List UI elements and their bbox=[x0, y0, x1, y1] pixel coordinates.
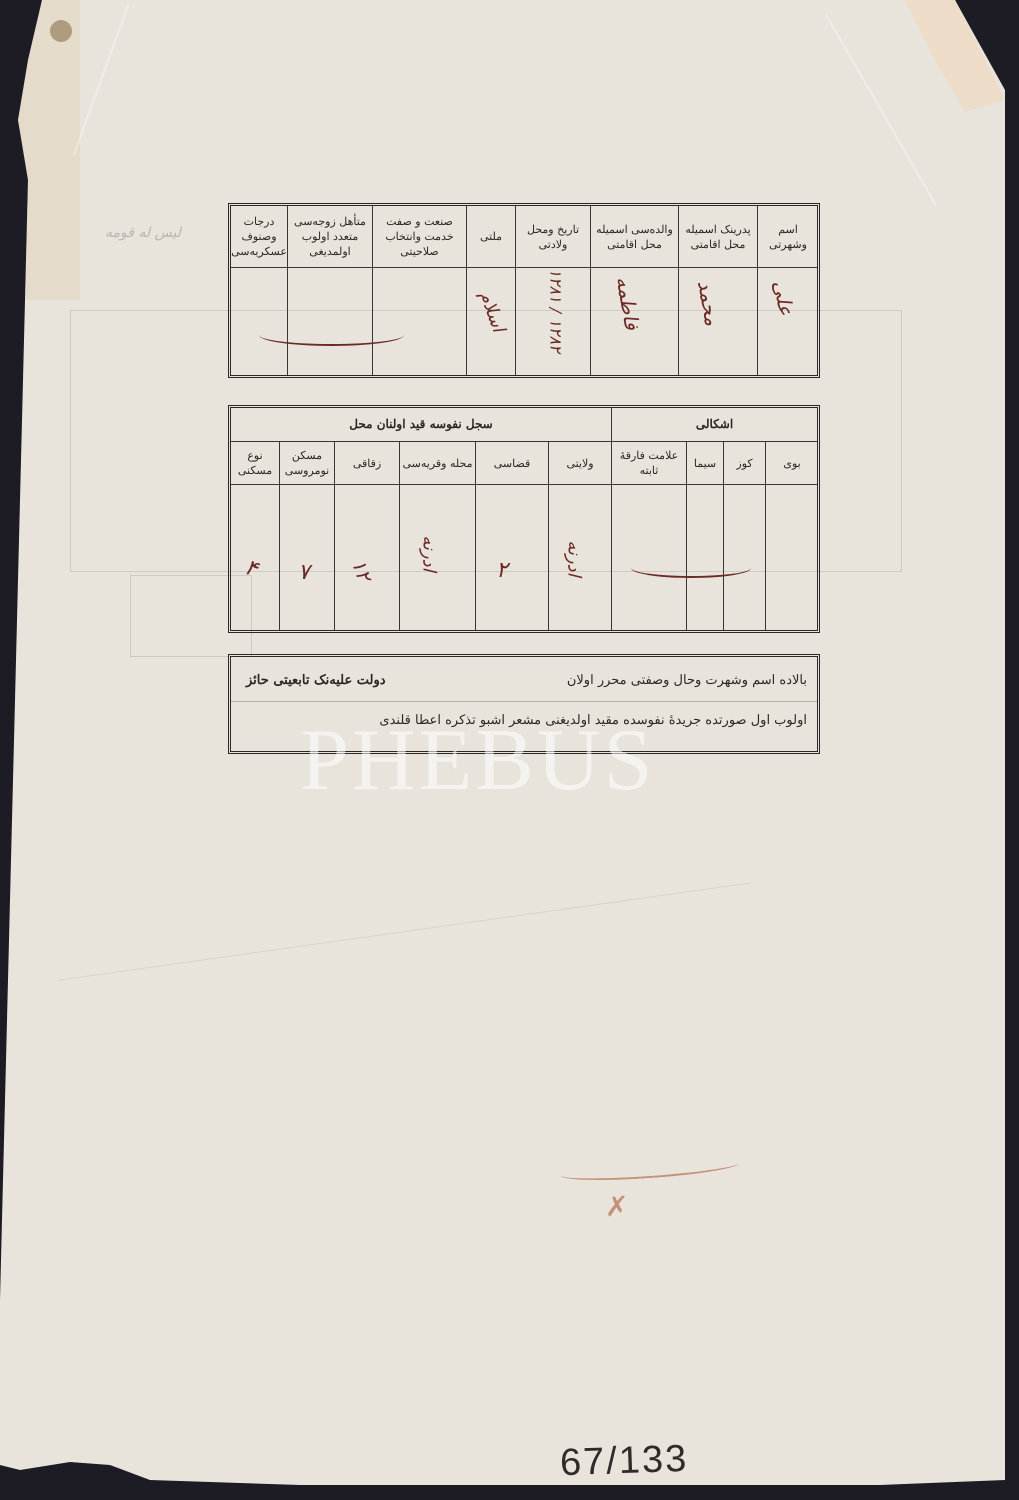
header-married: متأهل زوجه‌سی متعدد اولوب اولمدیغی bbox=[288, 206, 372, 267]
value-district: ۲ bbox=[496, 558, 508, 583]
header-birth: تاریخ ومحل ولادتی bbox=[516, 206, 590, 267]
identity-table: اسم وشهرتی پدرینک اسمیله محل اقامتی والد… bbox=[228, 203, 820, 378]
header-father: پدرینک اسمیله محل اقامتی bbox=[679, 206, 757, 267]
statement-line1-end: دولت علیه‌نک تابعیتی حائز bbox=[246, 673, 386, 688]
header-name: اسم وشهرتی bbox=[758, 206, 818, 267]
header-street: زقاقی bbox=[335, 442, 399, 484]
header-district: قضاسی bbox=[476, 442, 548, 484]
header-military: درجات وصنوف عسکریه‌سی bbox=[231, 206, 287, 267]
value-religion: اسلام bbox=[475, 288, 509, 335]
statement-divider bbox=[231, 701, 817, 702]
margin-note: لیس له قومه bbox=[105, 225, 181, 241]
blank-dash-stroke bbox=[259, 324, 404, 346]
header-divider bbox=[231, 484, 817, 485]
value-house-number: ۷ bbox=[298, 560, 310, 585]
header-height: بوی bbox=[766, 442, 818, 484]
value-birth: ۱۲۸۲ / ۱۲۸۱ bbox=[547, 268, 566, 352]
value-quarter: ادرنه bbox=[419, 535, 440, 571]
header-quarter: محله وقریه‌سی bbox=[400, 442, 475, 484]
header-eyes: کوز bbox=[724, 442, 765, 484]
watermark: PHEBUS bbox=[300, 710, 655, 811]
value-street: ۱۲ bbox=[347, 556, 377, 584]
registry-table: سجل نفوسه قید اولنان محل اشکالی بوی کوز … bbox=[228, 405, 820, 633]
blank-dash-stroke bbox=[631, 558, 751, 578]
paper-crease bbox=[73, 4, 130, 155]
header-face: سیما bbox=[687, 442, 723, 484]
header-mother: والده‌سی اسمیله محل اقامتی bbox=[591, 206, 678, 267]
edge-discoloration bbox=[0, 0, 80, 300]
value-name: علی bbox=[769, 279, 799, 318]
header-occupation: صنعت و صفت خدمت وانتخاب صلاحیتی bbox=[373, 206, 466, 267]
header-house-type: نوع مسکنی bbox=[231, 442, 279, 484]
header-province: ولایتی bbox=[549, 442, 611, 484]
value-father: محمد bbox=[693, 278, 725, 327]
group-header-registry: سجل نفوسه قید اولنان محل bbox=[231, 408, 611, 441]
header-religion: ملتی bbox=[467, 206, 515, 267]
signature-mark: ✗ bbox=[605, 1190, 628, 1223]
catalog-number: 67/133 bbox=[559, 1438, 689, 1485]
header-marks: علامت فارقهٔ ثابته bbox=[612, 442, 686, 484]
statement-line1: بالاده اسم وشهرت وحال وصفتی محرر اولان bbox=[567, 673, 807, 688]
header-divider bbox=[231, 267, 817, 268]
value-province: ادرنه bbox=[564, 540, 585, 576]
value-house-type: ۴ bbox=[241, 555, 261, 583]
header-house-number: مسکن نومروسی bbox=[280, 442, 334, 484]
value-mother: فاطمه bbox=[611, 274, 644, 331]
group-header-description: اشکالی bbox=[612, 408, 817, 441]
paper-crease bbox=[825, 14, 937, 206]
